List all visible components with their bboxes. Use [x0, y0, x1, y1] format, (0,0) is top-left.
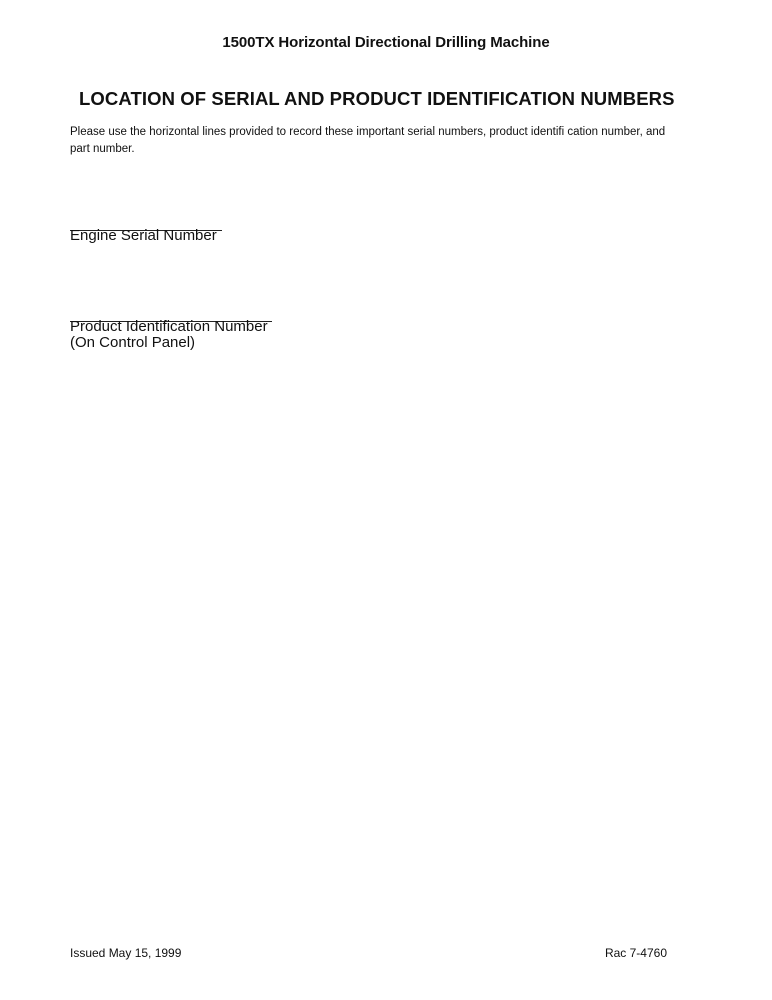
intro-paragraph: Please use the horizontal lines provided… — [70, 124, 680, 158]
document-number: Rac 7-4760 — [605, 946, 667, 960]
engine-serial-number-label: Engine Serial Number — [70, 228, 222, 244]
product-identification-number-sublabel: (On Control Panel) — [70, 335, 272, 351]
issued-date: Issued May 15, 1999 — [70, 946, 181, 960]
document-header-title: 1500TX Horizontal Directional Drilling M… — [0, 34, 772, 51]
product-identification-number-label: Product Identification Number — [70, 319, 272, 335]
section-heading: LOCATION OF SERIAL AND PRODUCT IDENTIFIC… — [79, 88, 675, 110]
product-identification-number-field[interactable]: Product Identification Number (On Contro… — [70, 321, 272, 351]
engine-serial-number-field[interactable]: Engine Serial Number — [70, 230, 222, 244]
